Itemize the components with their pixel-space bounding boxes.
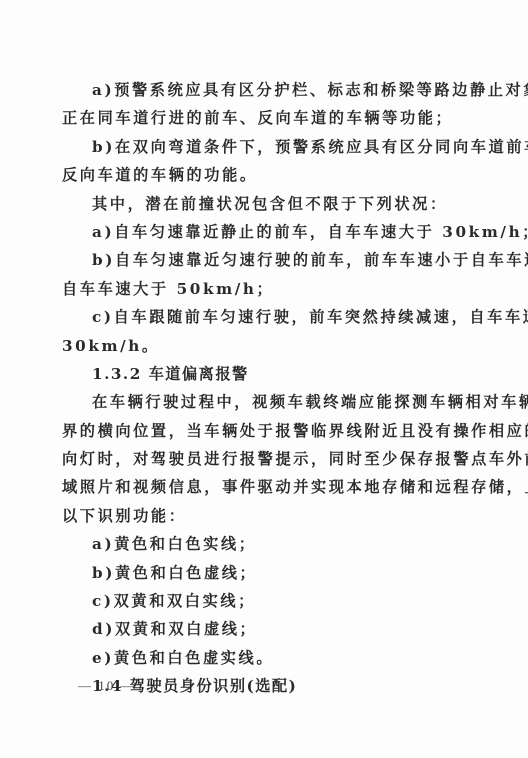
list-item: c)自车跟随前车匀速行驶，前车突然持续减速，自车车速大于 — [62, 303, 482, 331]
paragraph-line: 其中，潜在前撞状况包含但不限于下列状况： — [62, 190, 482, 218]
list-item: d)双黄和双白虚线； — [62, 615, 482, 643]
list-item: b)黄色和白色虚线； — [62, 559, 482, 587]
paragraph-line: a)预警系统应具有区分护栏、标志和桥梁等路边静止对象和 — [62, 76, 482, 104]
section-heading: 1.3.2 车道偏离报警 — [62, 360, 482, 388]
paragraph-line: 反向车道的车辆的功能。 — [62, 161, 482, 189]
paragraph-line: 界的横向位置，当车辆处于报警临界线附近且没有操作相应的转 — [62, 417, 482, 445]
list-item-continuation: 自车车速大于 50km/h； — [62, 275, 482, 303]
list-item: b)自车匀速靠近匀速行驶的前车，前车车速小于自车车速， — [62, 246, 482, 274]
paragraph-line: 向灯时，对驾驶员进行报警提示，同时至少保存报警点车外前部区 — [62, 445, 482, 473]
list-item: c)双黄和双白实线； — [62, 587, 482, 615]
list-item: e)黄色和白色虚实线。 — [62, 644, 482, 672]
page-number: — 10 — — [78, 678, 136, 694]
list-item-continuation: 30km/h。 — [62, 332, 482, 360]
list-item: a)黄色和白色实线； — [62, 530, 482, 558]
paragraph-line: 域照片和视频信息，事件驱动并实现本地存储和远程存储，且具备 — [62, 473, 482, 501]
document-body: a)预警系统应具有区分护栏、标志和桥梁等路边静止对象和 正在同车道行进的前车、反… — [62, 76, 482, 701]
paragraph-line: 以下识别功能： — [62, 502, 482, 530]
paragraph-line: 在车辆行驶过程中，视频车载终端应能探测车辆相对车辆边 — [62, 388, 482, 416]
paragraph-line: 正在同车道行进的前车、反向车道的车辆等功能； — [62, 104, 482, 132]
paragraph-line: b)在双向弯道条件下，预警系统应具有区分同向车道前车和 — [62, 133, 482, 161]
list-item: a)自车匀速靠近静止的前车，自车车速大于 30km/h； — [62, 218, 482, 246]
